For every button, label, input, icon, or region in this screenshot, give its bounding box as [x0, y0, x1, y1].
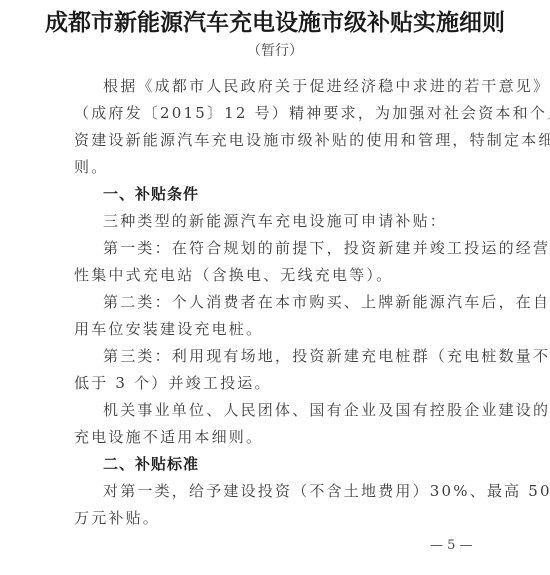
paragraph-line: 第二类：个人消费者在本市购买、上牌新能源汽车后，在自: [103, 292, 550, 312]
paragraph-line: 第三类：利用现有场地，投资新建充电桩群（充电桩数量不: [103, 346, 550, 366]
section-heading-1: 一、补贴条件: [103, 184, 199, 204]
paragraph-line: 低于 3 个）并竣工投运。: [74, 373, 272, 393]
paragraph-line: 万元补贴。: [74, 508, 160, 528]
section-heading-2: 二、补贴标准: [103, 454, 199, 474]
document-subtitle: （暂行）: [0, 40, 550, 60]
paragraph-line: 资建设新能源汽车充电设施市级补贴的使用和管理，特制定本细: [74, 130, 550, 150]
paragraph-line: 对第一类，给予建设投资（不含土地费用）30%、最高 500: [103, 481, 550, 501]
paragraph-line: 则。: [74, 157, 108, 177]
paragraph-line: 充电设施不适用本细则。: [74, 427, 263, 447]
paragraph-line: 机关事业单位、人民团体、国有企业及国有控股企业建设的: [103, 400, 550, 420]
paragraph-line: 第一类：在符合规划的前提下，投资新建并竣工投运的经营: [103, 238, 550, 258]
paragraph-line: 根据《成都市人民政府关于促进经济稳中求进的若干意见》: [103, 76, 550, 96]
paragraph-line: （成府发〔2015〕12 号）精神要求，为加强对社会资本和个人投: [74, 103, 550, 123]
paragraph-line: 性集中式充电站（含换电、无线充电等）。: [74, 265, 393, 285]
paragraph-line: 三种类型的新能源汽车充电设施可申请补贴：: [103, 211, 447, 231]
page-number: — 5 —: [430, 538, 473, 553]
paragraph-line: 用车位安装建设充电桩。: [74, 319, 263, 339]
document-title: 成都市新能源汽车充电设施市级补贴实施细则: [0, 4, 550, 37]
